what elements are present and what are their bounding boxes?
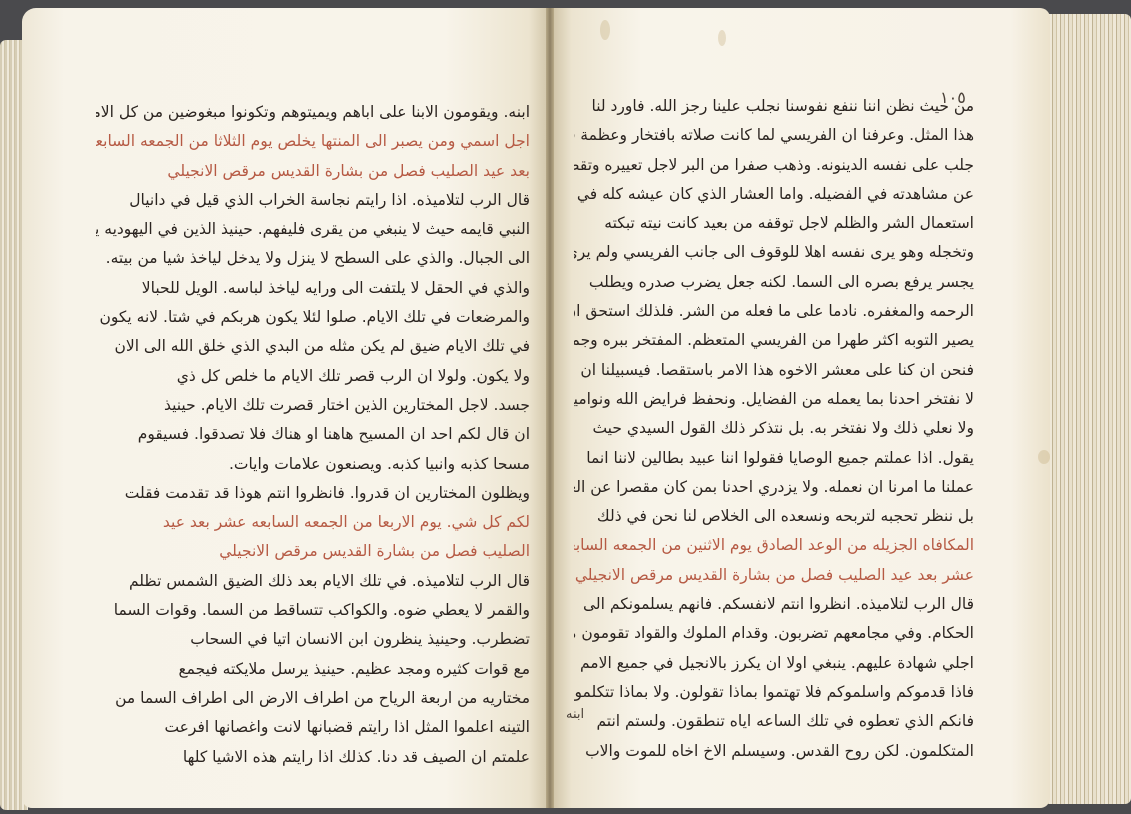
text-line: الحكام. وفي مجامعهم تضربون. وقدام الملوك…	[574, 619, 974, 648]
text-line: عملنا ما امرنا ان نعمله. ولا يزدري احدنا…	[574, 473, 974, 502]
text-line: فاذا قدموكم واسلموكم فلا تهتموا بماذا تق…	[574, 678, 974, 707]
stain	[600, 20, 610, 40]
text-line: مسحا كذبه وانبيا كذبه. ويصنعون علامات وا…	[96, 450, 530, 479]
stain	[718, 30, 726, 46]
text-line: فنحن ان كنا على معشر الاخوه هذا الامر با…	[574, 356, 974, 385]
rubric-line: بعد عيد الصليب فصل من بشارة القديس مرقص …	[96, 157, 530, 186]
rubric-line: المكافاه الجزيله من الوعد الصادق يوم الا…	[574, 531, 974, 560]
stain	[1038, 450, 1050, 464]
rubric-line: الصليب فصل من بشارة القديس مرقص الانجيلي	[96, 537, 530, 566]
text-line: ويظلون المختارين ان قدروا. فانظروا انتم …	[96, 479, 530, 508]
text-line: ولا نعلي ذلك ولا نفتخر به. بل نتذكر ذلك …	[574, 414, 974, 443]
rubric-line: اجل اسمي ومن يصبر الى المنتها يخلص يوم ا…	[96, 127, 530, 156]
right-page-edges	[1045, 14, 1131, 804]
text-line: والذي في الحقل لا يلتفت الى ورايه لياخذ …	[96, 274, 530, 303]
text-line: اجلي شهادة عليهم. ينبغي اولا ان يكرز بال…	[574, 649, 974, 678]
text-line: ان قال لكم احد ان المسيح هاهنا او هناك ف…	[96, 420, 530, 449]
rubric-line: لكم كل شي. يوم الاربعا من الجمعه السابعه…	[96, 508, 530, 537]
text-line: والمرضعات في تلك الايام. صلوا لئلا يكون …	[96, 303, 530, 332]
text-line: يقول. اذا عملتم جميع الوصايا فقولوا اننا…	[574, 444, 974, 473]
text-line: استعمال الشر والظلم لاجل توقفه من بعيد ك…	[574, 209, 974, 238]
text-line: من حيث نظن اننا ننفع نفوسنا نجلب علينا ر…	[574, 92, 974, 121]
book-gutter	[546, 8, 554, 808]
text-line: الى الجبال. والذي على السطح لا ينزل ولا …	[96, 244, 530, 273]
catchword: ابنه	[566, 707, 584, 722]
text-line: يجسر يرفع بصره الى السما. لكنه جعل يضرب …	[574, 268, 974, 297]
rubric-line: عشر بعد عيد الصليب فصل من بشارة القديس م…	[574, 561, 974, 590]
right-page-text: من حيث نظن اننا ننفع نفوسنا نجلب علينا ر…	[574, 92, 974, 766]
text-line: ولا يكون. ولولا ان الرب قصر تلك الايام م…	[96, 362, 530, 391]
text-line: فانكم الذي تعطوه في تلك الساعه اياه تنطق…	[574, 707, 974, 736]
text-line: النبي قايمه حيث لا ينبغي من يقرى فليفهم.…	[96, 215, 530, 244]
text-line: لا نفتخر احدنا بما يعمله من الفضايل. ونح…	[574, 385, 974, 414]
text-line: المتكلمون. لكن روح القدس. وسيسلم الاخ اخ…	[574, 737, 974, 766]
text-line: قال الرب لتلاميذه. في تلك الايام بعد ذلك…	[96, 567, 530, 596]
text-line: هذا المثل. وعرفنا ان الفريسي لما كانت صل…	[574, 121, 974, 150]
text-line: مختاريه من اربعة الرياح من اطراف الارض ا…	[96, 684, 530, 713]
text-line: الرحمه والمغفره. نادما على ما فعله من ال…	[574, 297, 974, 326]
text-line: ابنه. ويقومون الابنا على اباهم ويميتوهم …	[96, 98, 530, 127]
text-line: جسد. لاجل المختارين الذين اختار قصرت تلك…	[96, 391, 530, 420]
text-line: علمتم ان الصيف قد دنا. كذلك اذا رايتم هذ…	[96, 743, 530, 772]
text-line: قال الرب لتلاميذه. اذا رايتم نجاسة الخرا…	[96, 186, 530, 215]
text-line: عن مشاهدته في الفضيله. واما العشار الذي …	[574, 180, 974, 209]
text-line: التينه اعلموا المثل اذا رايتم قضبانها لا…	[96, 713, 530, 742]
text-line: جلب على نفسه الدينونه. وذهب صفرا من البر…	[574, 151, 974, 180]
text-line: بل ننظر تحجبه لتربحه ونسعده الى الخلاص ل…	[574, 502, 974, 531]
text-line: مع قوات كثيره ومجد عظيم. حينيذ يرسل ملاي…	[96, 655, 530, 684]
text-line: وتخجله وهو يرى نفسه اهلا للوقوف الى جانب…	[574, 238, 974, 267]
text-line: والقمر لا يعطي ضوه. والكواكب تتساقط من ا…	[96, 596, 530, 625]
left-page-text: ابنه. ويقومون الابنا على اباهم ويميتوهم …	[96, 98, 530, 772]
text-line: تضطرب. وحينيذ ينظرون ابن الانسان اتيا في…	[96, 625, 530, 654]
text-line: قال الرب لتلاميذه. انظروا انتم لانفسكم. …	[574, 590, 974, 619]
text-line: يصير التوبه اكثر طهرا من الفريسي المتعظم…	[574, 326, 974, 355]
open-manuscript: ١٠٥ ابنه. ويقومون الابنا على اباهم ويميت…	[0, 0, 1131, 814]
text-line: في تلك الايام ضيق لم يكن مثله من البدي ا…	[96, 332, 530, 361]
